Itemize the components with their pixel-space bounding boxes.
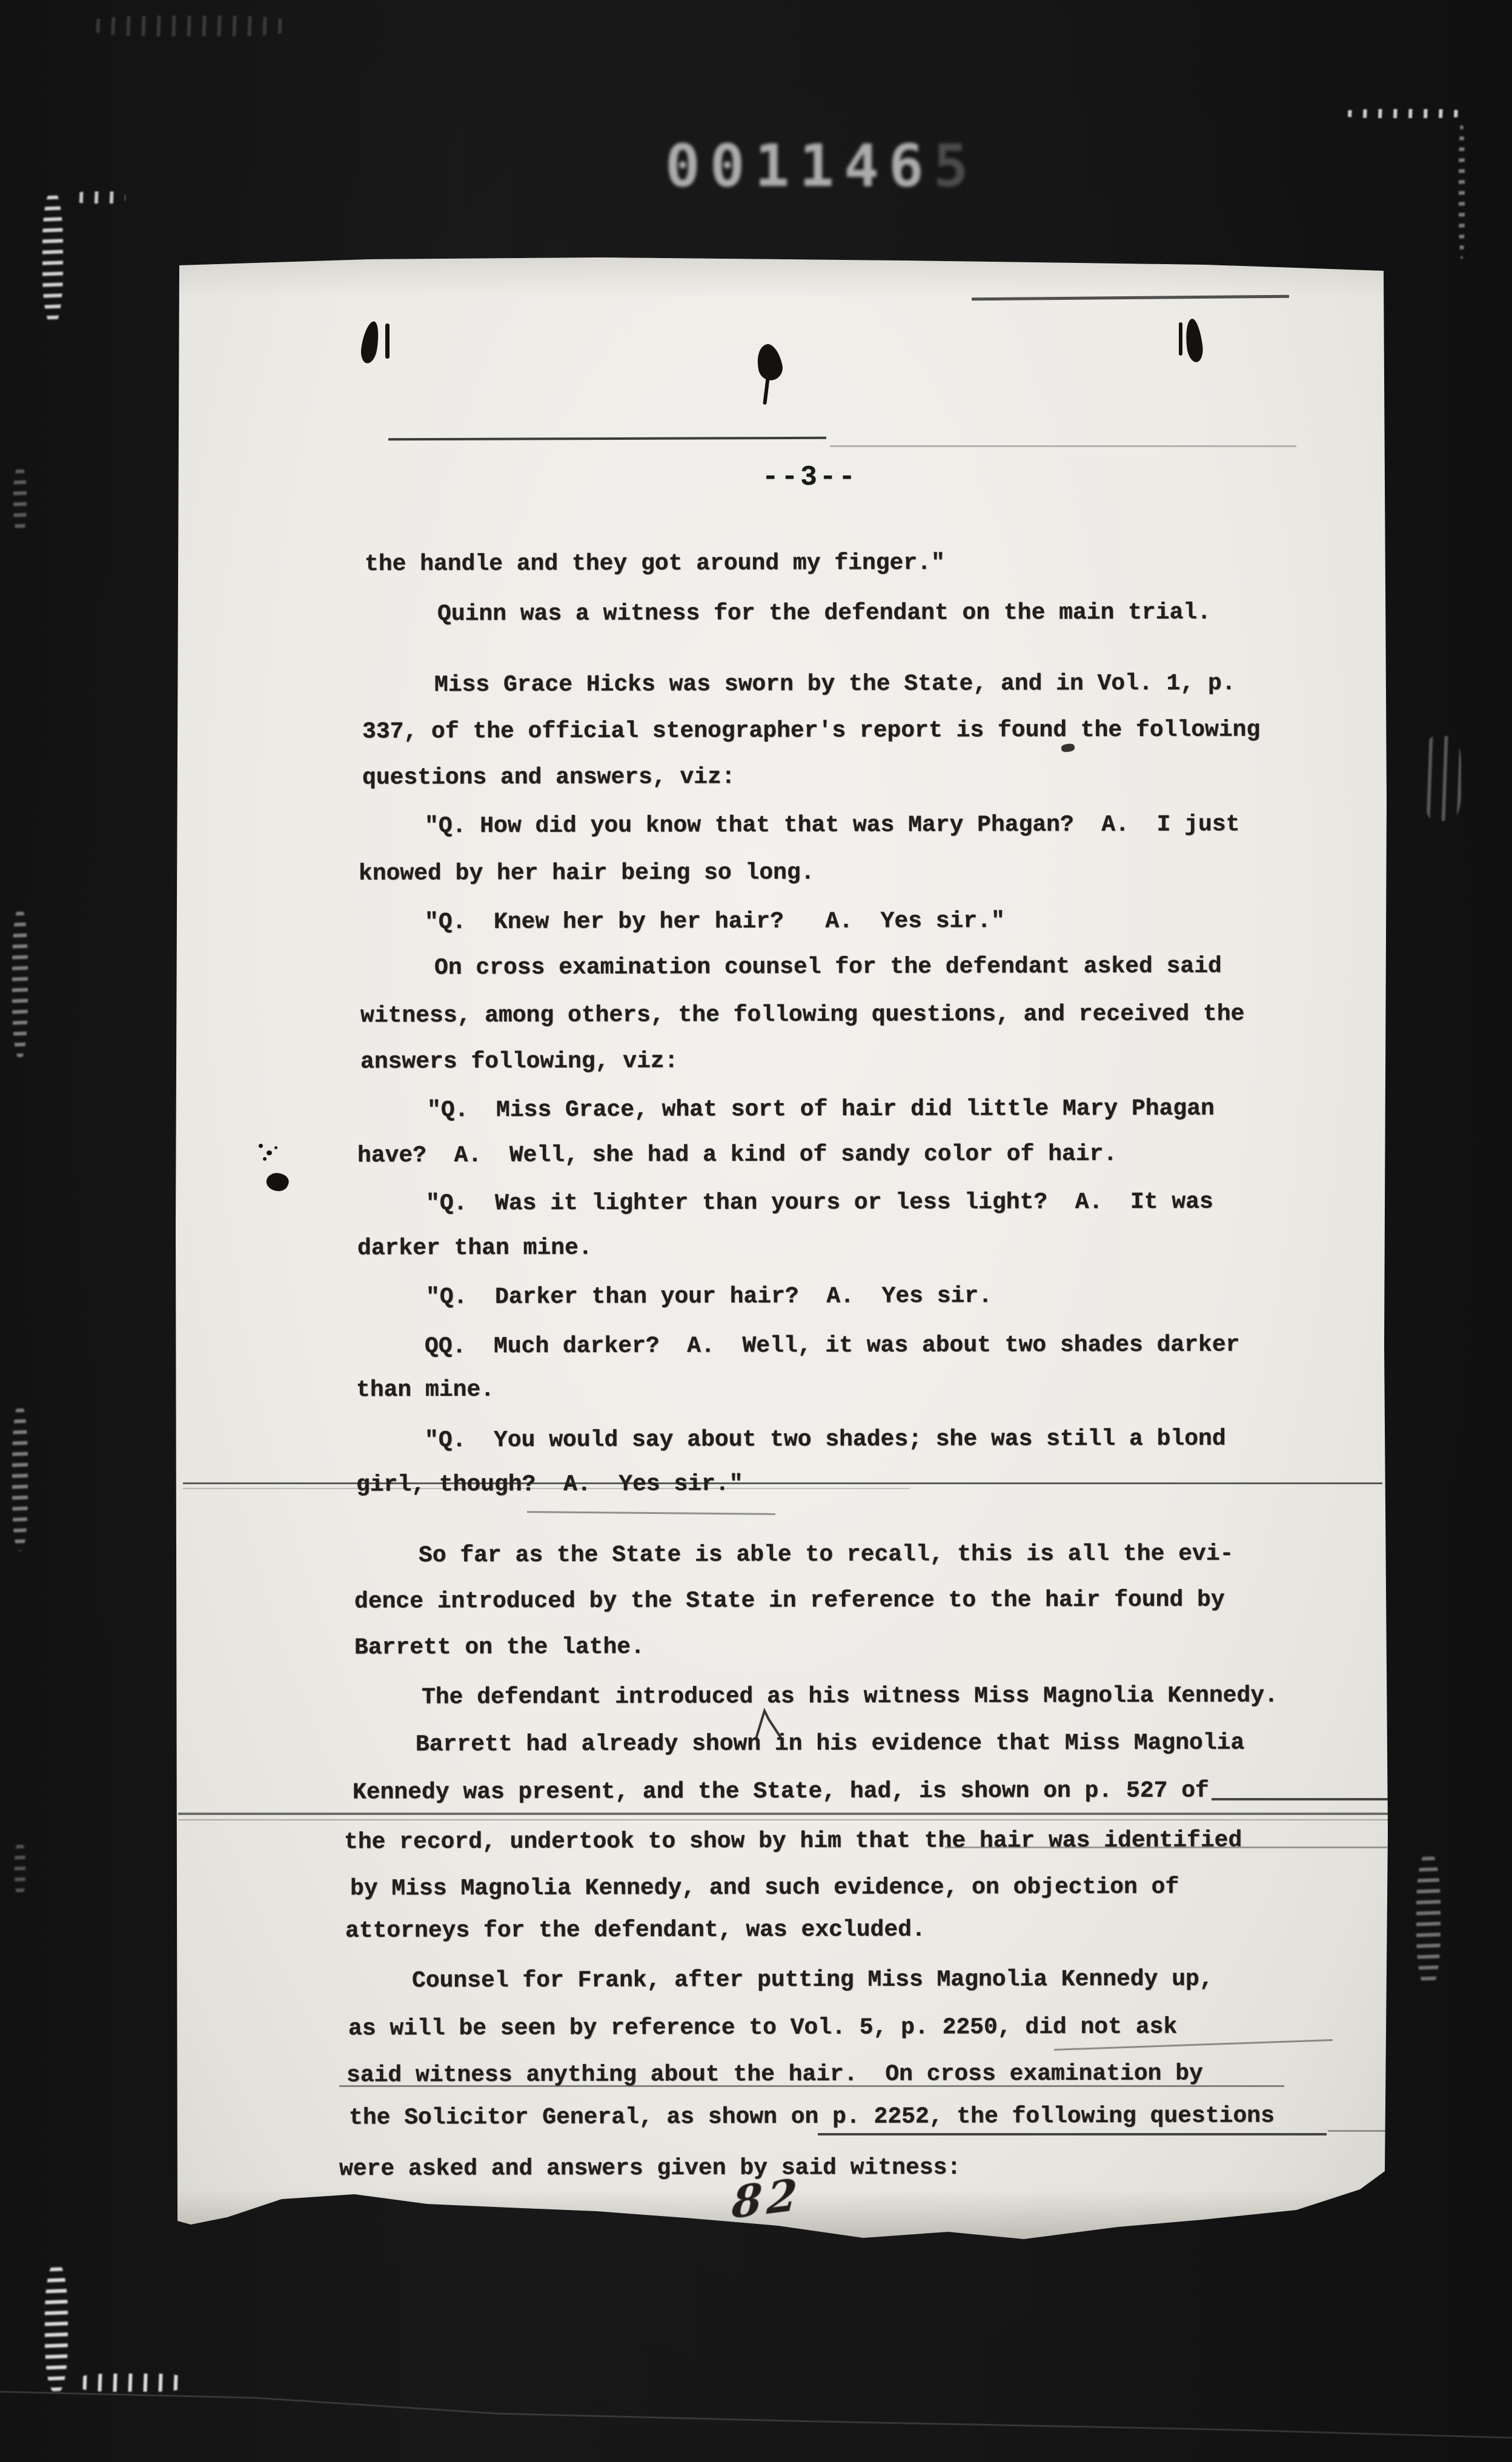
- document-line: "Q. Miss Grace, what sort of hair did li…: [427, 1096, 1215, 1124]
- document-line: "Q. Was it lighter than yours or less li…: [426, 1189, 1213, 1217]
- document-line: the record, undertook to show by him tha…: [344, 1827, 1242, 1855]
- ink-stroke: [385, 324, 390, 359]
- document-line: questions and answers, viz:: [362, 764, 735, 791]
- ink-speck: [259, 1144, 263, 1148]
- ink-speck: [274, 1146, 277, 1149]
- document-line: "Q. How did you know that that was Mary …: [425, 812, 1240, 840]
- document-line: said witness anything about the hair. On…: [346, 2061, 1203, 2089]
- document-line: were asked and answers given by said wit…: [339, 2155, 961, 2182]
- document-line: the Solicitor General, as shown on p. 22…: [349, 2103, 1275, 2131]
- document-line: So far as the State is able to recall, t…: [419, 1541, 1234, 1569]
- document-line: Quinn was a witness for the defendant on…: [437, 600, 1211, 628]
- underline: [1212, 1798, 1388, 1800]
- document-line: by Miss Magnolia Kennedy, and such evide…: [350, 1874, 1179, 1902]
- document-line: QQ. Much darker? A. Well, it was about t…: [425, 1332, 1240, 1360]
- document-line: 337, of the official stenographer's repo…: [362, 717, 1260, 745]
- document-line: the handle and they got around my finger…: [365, 550, 945, 577]
- document-line: Kennedy was present, and the State, had,…: [353, 1778, 1209, 1806]
- scan-line: [830, 445, 1296, 447]
- document-line: dence introduced by the State in referen…: [354, 1587, 1225, 1614]
- ink-speck: [263, 1157, 267, 1161]
- handwritten-caret: [0, 0, 1512, 2462]
- document-line: "Q. Darker than your hair? A. Yes sir.: [426, 1283, 992, 1310]
- document-line: knowed by her hair being so long.: [359, 860, 815, 887]
- document-line: have? A. Well, she had a kind of sandy c…: [357, 1141, 1117, 1169]
- ink-speck: [267, 1150, 272, 1155]
- page-number: --3--: [762, 462, 858, 493]
- microfilm-photo: 0011465 --3--: [0, 0, 1512, 2462]
- underline: [1328, 2130, 1388, 2132]
- document-line: attorneys for the defendant, was exclude…: [345, 1917, 926, 1944]
- underline: [818, 2133, 1327, 2135]
- document-line: girl, though? A. Yes sir.": [356, 1471, 743, 1498]
- scan-line: [178, 1813, 1388, 1815]
- document-line: witness, among others, the following que…: [360, 1001, 1245, 1029]
- document-line: darker than mine.: [357, 1235, 592, 1262]
- document-line: Barrett on the lathe.: [354, 1634, 645, 1661]
- scan-line: [178, 1819, 1388, 1820]
- document-line: than mine.: [356, 1377, 494, 1403]
- document-line: Miss Grace Hicks was sworn by the State,…: [434, 671, 1236, 698]
- document-line: as will be seen by reference to Vol. 5, …: [348, 2014, 1177, 2042]
- document-line: On cross examination counsel for the def…: [434, 954, 1222, 981]
- document-line: The defendant introduced as his witness …: [422, 1683, 1278, 1711]
- document-line: "Q. You would say about two shades; she …: [425, 1426, 1226, 1454]
- ink-stroke: [1179, 322, 1182, 356]
- document-line: Counsel for Frank, after putting Miss Ma…: [412, 1966, 1213, 1994]
- document-line: answers following, viz:: [360, 1048, 678, 1075]
- handwritten-page-number: 82: [731, 2168, 803, 2228]
- document-line: "Q. Knew her by her hair? A. Yes sir.": [425, 908, 1005, 935]
- document-line: Barrett had already shown in his evidenc…: [416, 1730, 1244, 1758]
